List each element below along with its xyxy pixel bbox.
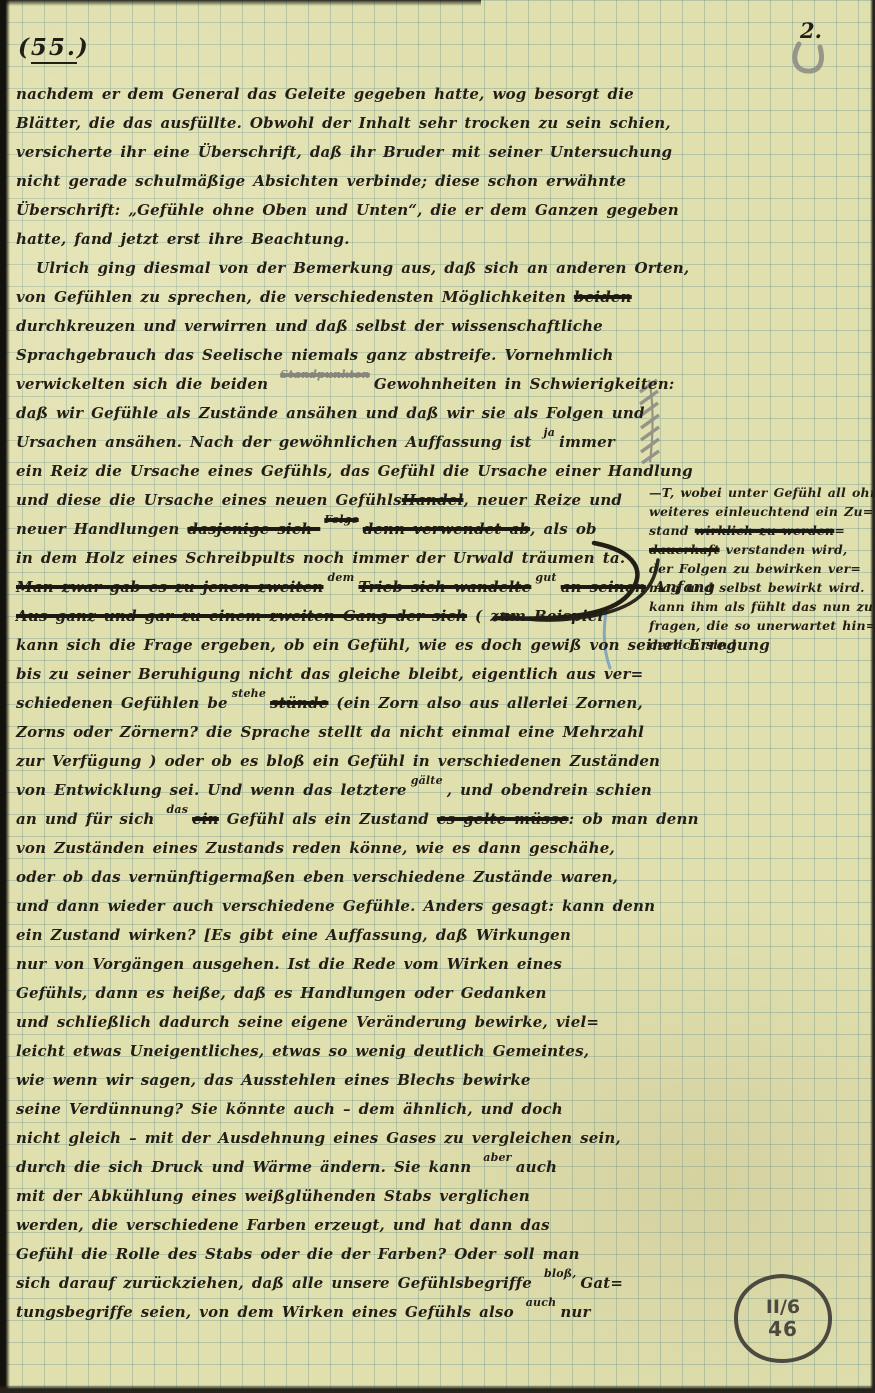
handwriting-line: nachdem er dem General das Geleite gegeb… [16, 80, 644, 109]
handwriting-text: und schließlich dadurch seine eigene Ver… [16, 1013, 599, 1031]
folio-label: (55.) [18, 34, 90, 61]
handwriting-line: sich darauf zurückziehen, daß alle unser… [16, 1269, 644, 1298]
interlinear-insertion: stehe [232, 688, 266, 699]
handwriting-text: bis zu seiner Beruhigung nicht das gleic… [16, 665, 643, 683]
handwriting-text: dauerhaft [649, 542, 720, 557]
handwriting-text: seine Verdünnung? Sie könnte auch – dem … [16, 1100, 563, 1118]
handwriting-line: tungsbegriffe seien, von dem Wirken eine… [16, 1298, 644, 1327]
handwriting-text: von Gefühlen zu sprechen, die verschiede… [16, 288, 574, 306]
handwriting-text: beiden [574, 288, 632, 306]
handwriting-line: zur Verfügung ) oder ob es bloß ein Gefü… [16, 747, 644, 776]
handwriting-line: ein Reiz die Ursache eines Gefühls, das … [16, 457, 644, 486]
handwriting-text: Gat= [580, 1274, 623, 1292]
handwriting-text: wirklich zu werden [695, 523, 835, 538]
interlinear-insertion: dem [328, 572, 355, 583]
handwriting-line: und schließlich dadurch seine eigene Ver… [16, 1008, 644, 1037]
folio-suffix: ) [77, 34, 90, 61]
interlinear-insertion: auch [526, 1297, 557, 1308]
handwriting-line: nicht gerade schulmäßige Absichten verbi… [16, 167, 644, 196]
handwriting-text: es gelte müsse [437, 810, 569, 828]
margin-annotation-block: —T, wobei unter Gefühl all ohneweiteres … [649, 483, 873, 654]
handwriting-text: zur Verfügung ) oder ob es bloß ein Gefü… [16, 752, 660, 770]
interlinear-insertion: ja [544, 427, 556, 438]
archive-stamp-line2: 46 [768, 1318, 798, 1340]
handwriting-text: von Entwicklung sei. Und wenn das letzte… [16, 781, 407, 799]
handwriting-line: in dem Holz eines Schreibpults noch imme… [16, 544, 644, 573]
interlinear-insertion: Standpunkten [280, 369, 370, 380]
handwriting-text: , neuer Reize und [463, 491, 622, 509]
handwriting-text: Blätter, die das ausfüllte. Obwohl der I… [16, 114, 671, 132]
handwriting-text: werden, die verschiedene Farben erzeugt,… [16, 1216, 550, 1234]
handwriting-line: wie wenn wir sagen, das Ausstehlen eines… [16, 1066, 644, 1095]
handwriting-line: schiedenen Gefühlen bestehestünde (ein Z… [16, 689, 644, 718]
handwriting-text: Sprachgebrauch das Seelische niemals gan… [16, 346, 614, 364]
handwriting-text: nachdem er dem General das Geleite gegeb… [16, 85, 634, 103]
handwriting-text: an und für sich [16, 810, 162, 828]
handwriting-line: nur von Vorgängen ausgehen. Ist die Rede… [16, 950, 644, 979]
handwriting-text: Überschrift: „Gefühle ohne Oben und Unte… [16, 201, 679, 219]
handwriting-text: ein [192, 810, 219, 828]
interlinear-insertion: Folge [324, 514, 358, 525]
handwriting-line: Aus ganz und gar zu einem zweiten Gang d… [16, 602, 644, 631]
handwriting-line: Sprachgebrauch das Seelische niemals gan… [16, 341, 644, 370]
margin-note-line: —T, wobei unter Gefühl all ohne [649, 483, 873, 502]
handwriting-text: mit der Abkühlung eines weißglühenden St… [16, 1187, 530, 1205]
handwriting-text: der Folgen zu bewirken ver= [649, 561, 861, 576]
handwriting-text: durchkreuzen und verwirren und daß selbs… [16, 317, 603, 335]
handwriting-text: versicherte ihr eine Überschrift, daß ih… [16, 143, 672, 161]
handwriting-text: wie wenn wir sagen, das Ausstehlen eines… [16, 1071, 531, 1089]
interlinear-insertion: gut [535, 572, 556, 583]
handwriting-line: neuer Handlungen dasjenige sich Folgeden… [16, 515, 644, 544]
interlinear-insertion: bloß, [544, 1268, 576, 1279]
handwriting-line: daß wir Gefühle als Zustände ansähen und… [16, 399, 644, 428]
handwriting-text: nicht gleich – mit der Ausdehnung eines … [16, 1129, 621, 1147]
handwriting-line: nicht gleich – mit der Ausdehnung eines … [16, 1124, 644, 1153]
handwriting-text: hatte, fand jetzt erst ihre Beachtung. [16, 230, 350, 248]
handwriting-text: tungsbegriffe seien, von dem Wirken eine… [16, 1303, 522, 1321]
handwriting-text: und dann wieder auch verschiedene Gefühl… [16, 897, 655, 915]
pencil-swoosh-mark [795, 44, 822, 71]
handwriting-text: Ursachen ansähen. Nach der gewöhnlichen … [16, 433, 540, 451]
handwriting-text: dasjenige sich [187, 520, 320, 538]
handwriting-line: Ulrich ging diesmal von der Bemerkung au… [16, 254, 644, 283]
handwriting-text: derlich sind [649, 637, 736, 652]
handwriting-line: und dann wieder auch verschiedene Gefühl… [16, 892, 644, 921]
handwriting-line: seine Verdünnung? Sie könnte auch – dem … [16, 1095, 644, 1124]
handwriting-line: Gefühl die Rolle des Stabs oder die der … [16, 1240, 644, 1269]
handwriting-line: an und für sich dasein Gefühl als ein Zu… [16, 805, 644, 834]
handwriting-line: von Zuständen eines Zustands reden könne… [16, 834, 644, 863]
handwriting-text: in dem Holz eines Schreibpults noch imme… [16, 549, 625, 567]
handwriting-text: daß wir Gefühle als Zustände ansähen und… [16, 404, 645, 422]
handwriting-line: mit der Abkühlung eines weißglühenden St… [16, 1182, 644, 1211]
handwriting-text: —T, wobei unter Gefühl all ohne [649, 485, 875, 500]
handwriting-line: durch die sich Druck und Wärme ändern. S… [16, 1153, 644, 1182]
archive-stamp-line1: II/6 [766, 1297, 800, 1318]
manuscript-page: (55.) 2. nachdem er dem General das Gele… [0, 0, 875, 1393]
handwriting-text: und diese die Ursache eines neuen Gefühl… [16, 491, 402, 509]
scan-edge-right [870, 0, 875, 1393]
handwriting-line: Zorns oder Zörnern? die Sprache stellt d… [16, 718, 644, 747]
handwriting-text: Zorns oder Zörnern? die Sprache stellt d… [16, 723, 644, 741]
handwriting-text: auch [516, 1158, 557, 1176]
handwriting-text: stünde [270, 694, 328, 712]
handwriting-line: Man zwar gab es zu jenen zweitendemTrieb… [16, 573, 644, 602]
handwriting-text: Handel [402, 491, 464, 509]
handwriting-text: ein Reiz die Ursache eines Gefühls, das … [16, 462, 693, 480]
handwriting-text: denn verwendet ab [363, 520, 530, 538]
scan-edge-top [0, 0, 481, 6]
handwriting-text: mag und selbst bewirkt wird. [649, 580, 865, 595]
handwriting-text: immer [559, 433, 615, 451]
handwriting-text: , als ob [530, 520, 597, 538]
handwriting-line: Gefühls, dann es heiße, daß es Handlunge… [16, 979, 644, 1008]
handwriting-text: durch die sich Druck und Wärme ändern. S… [16, 1158, 479, 1176]
handwriting-text: von Zuständen eines Zustands reden könne… [16, 839, 615, 857]
main-text-block: nachdem er dem General das Geleite gegeb… [16, 80, 644, 1327]
handwriting-text: nicht gerade schulmäßige Absichten verbi… [16, 172, 626, 190]
margin-note-line: weiteres einleuchtend ein Zu= [649, 502, 873, 521]
margin-note-line: fragen, die so unerwartet hin= [649, 616, 873, 635]
handwriting-text: sich darauf zurückziehen, daß alle unser… [16, 1274, 540, 1292]
handwriting-text: neuer Handlungen [16, 520, 187, 538]
handwriting-text: Ulrich ging diesmal von der Bemerkung au… [36, 259, 689, 277]
handwriting-line: leicht etwas Uneigentliches, etwas so we… [16, 1037, 644, 1066]
handwriting-text: Gewohnheiten in Schwierigkeiten: [374, 375, 675, 393]
handwriting-text: schiedenen Gefühlen be [16, 694, 228, 712]
handwriting-text: Gefühls, dann es heiße, daß es Handlunge… [16, 984, 547, 1002]
handwriting-text: : ob man denn [569, 810, 699, 828]
folio-number: 55. [31, 34, 77, 64]
handwriting-text: nur von Vorgängen ausgehen. Ist die Rede… [16, 955, 562, 973]
margin-note-line: dauerhaft verstanden wird, [649, 540, 873, 559]
handwriting-line: werden, die verschiedene Farben erzeugt,… [16, 1211, 644, 1240]
handwriting-text: Man zwar gab es zu jenen zweiten [16, 578, 324, 596]
handwriting-text: nur [560, 1303, 590, 1321]
handwriting-text: stand [649, 523, 695, 538]
scan-edge-bottom [0, 1385, 875, 1393]
handwriting-line: ein Zustand wirken? [Es gibt eine Auffas… [16, 921, 644, 950]
interlinear-insertion: gälte [411, 775, 443, 786]
handwriting-text: , und obendrein schien [447, 781, 652, 799]
margin-note-line: mag und selbst bewirkt wird. [649, 578, 873, 597]
handwriting-text: verstanden wird, [720, 542, 848, 557]
handwriting-line: und diese die Ursache eines neuen Gefühl… [16, 486, 644, 515]
handwriting-text: Gefühl als ein Zustand [219, 810, 437, 828]
handwriting-line: bis zu seiner Beruhigung nicht das gleic… [16, 660, 644, 689]
handwriting-line: Blätter, die das ausfüllte. Obwohl der I… [16, 109, 644, 138]
handwriting-line: Überschrift: „Gefühle ohne Oben und Unte… [16, 196, 644, 225]
handwriting-text: kann ihm als fühlt das nun zu [649, 599, 873, 614]
handwriting-text: Trieb sich wandelte [358, 578, 531, 596]
scan-edge-left [0, 0, 10, 1393]
handwriting-text: verwickelten sich die beiden [16, 375, 276, 393]
handwriting-line: von Entwicklung sei. Und wenn das letzte… [16, 776, 644, 805]
handwriting-line: durchkreuzen und verwirren und daß selbs… [16, 312, 644, 341]
handwriting-text: ein Zustand wirken? [Es gibt eine Auffas… [16, 926, 571, 944]
interlinear-insertion: das [166, 804, 188, 815]
handwriting-text: oder ob das vernünftigermaßen eben versc… [16, 868, 618, 886]
handwriting-line: versicherte ihr eine Überschrift, daß ih… [16, 138, 644, 167]
handwriting-line: kann sich die Frage ergeben, ob ein Gefü… [16, 631, 644, 660]
handwriting-line: hatte, fand jetzt erst ihre Beachtung. [16, 225, 644, 254]
handwriting-text: weiteres einleuchtend ein Zu= [649, 504, 873, 519]
handwriting-text: Gefühl die Rolle des Stabs oder die der … [16, 1245, 580, 1263]
margin-note-line: stand wirklich zu werden= [649, 521, 873, 540]
page-number: 2. [800, 18, 822, 43]
folio-prefix: ( [18, 34, 31, 61]
handwriting-line: von Gefühlen zu sprechen, die verschiede… [16, 283, 644, 312]
handwriting-text: (ein Zorn also aus allerlei Zornen, [328, 694, 642, 712]
handwriting-line: oder ob das vernünftigermaßen eben versc… [16, 863, 644, 892]
handwriting-text: leicht etwas Uneigentliches, etwas so we… [16, 1042, 589, 1060]
margin-note-line: derlich sind [649, 635, 873, 654]
handwriting-text: an seinen [561, 578, 646, 596]
archive-stamp: II/6 46 [737, 1275, 829, 1361]
handwriting-text: fragen, die so unerwartet hin= [649, 618, 875, 633]
margin-note-line: kann ihm als fühlt das nun zu [649, 597, 873, 616]
handwriting-text: Aus ganz und gar zu einem zweiten Gang d… [16, 607, 467, 625]
handwriting-text: ( zum Beispiel [467, 607, 603, 625]
interlinear-insertion: aber [483, 1152, 511, 1163]
margin-note-line: der Folgen zu bewirken ver= [649, 559, 873, 578]
handwriting-text: = [834, 523, 845, 538]
handwriting-line: verwickelten sich die beiden Standpunkte… [16, 370, 644, 399]
handwriting-line: Ursachen ansähen. Nach der gewöhnlichen … [16, 428, 644, 457]
